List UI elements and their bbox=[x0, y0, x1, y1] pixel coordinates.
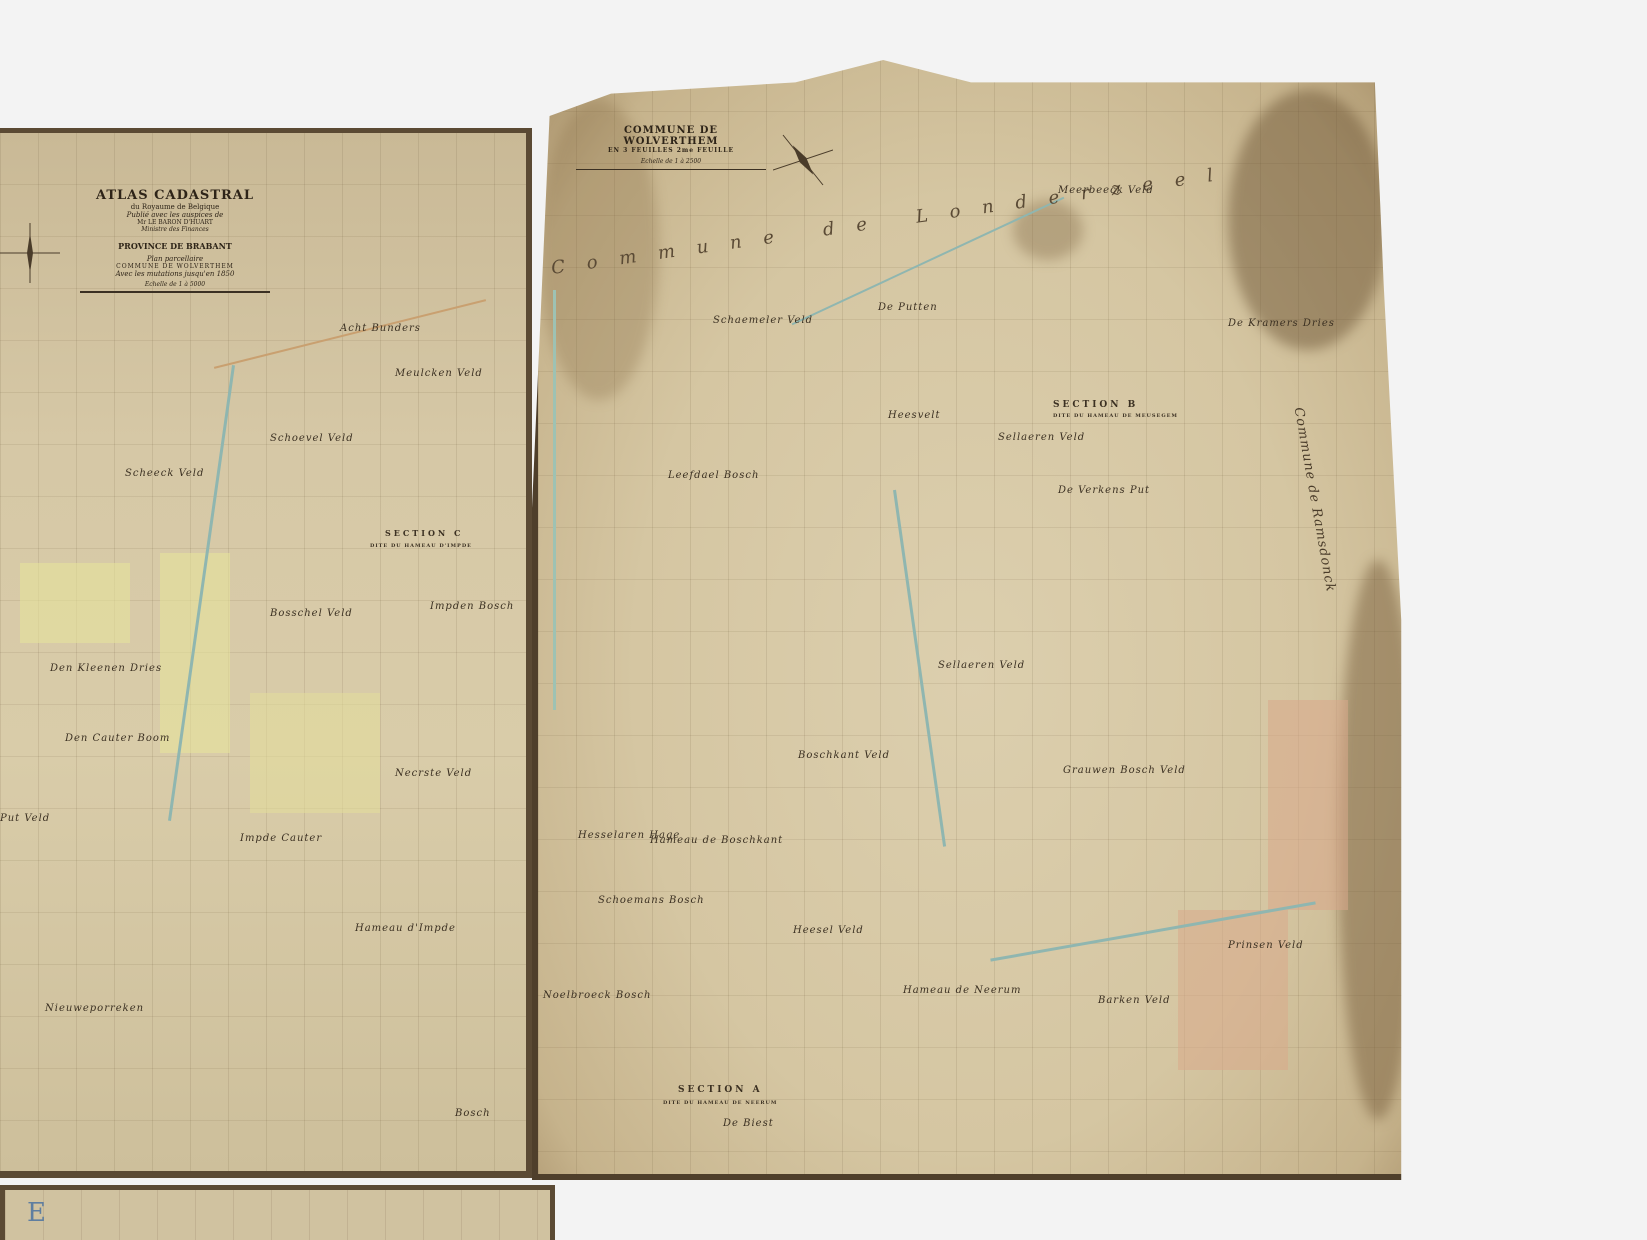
place-name: Bosschel Veld bbox=[270, 608, 353, 619]
mutations-note: Avec les mutations jusqu'en 1850 bbox=[80, 270, 270, 278]
border-text-right: Commune de Ramsdonck bbox=[1291, 406, 1338, 593]
scale-bar bbox=[576, 169, 766, 170]
place-name: Schoemans Bosch bbox=[598, 895, 705, 906]
author-role: Ministre des Finances bbox=[80, 226, 270, 233]
place-name: Put Veld bbox=[0, 813, 50, 824]
commune-title: COMMUNE DE WOLVERTHEM bbox=[576, 125, 766, 147]
place-name: Den Kleenen Dries bbox=[50, 663, 162, 674]
commune: COMMUNE DE WOLVERTHEM bbox=[80, 263, 270, 270]
place-name: Prinsen Veld bbox=[1228, 940, 1304, 951]
sheet-subtitle: EN 3 FEUILLES 2me FEUILLE bbox=[576, 147, 766, 154]
place-name: Scheeck Veld bbox=[125, 468, 204, 479]
place-name: Leefdael Bosch bbox=[668, 470, 759, 481]
place-name: De Verkens Put bbox=[1058, 485, 1150, 496]
bottom-map-sheet: E bbox=[0, 1185, 555, 1240]
place-name: Grauwen Bosch Veld bbox=[1063, 765, 1186, 776]
place-name: Noelbroeck Bosch bbox=[543, 990, 651, 1001]
place-name: Hameau de Neerum bbox=[903, 985, 1021, 996]
province: PROVINCE DE BRABANT bbox=[80, 241, 270, 251]
water-stain bbox=[1228, 90, 1388, 350]
place-name: Hameau d'Impde bbox=[355, 923, 456, 934]
place-name: De Kramers Dries bbox=[1228, 318, 1335, 329]
section-label: SECTION A bbox=[678, 1085, 763, 1095]
place-name: Heesel Veld bbox=[793, 925, 864, 936]
author: Mr LE BARON D'HUART bbox=[80, 219, 270, 226]
place-name: Impden Bosch bbox=[430, 601, 514, 612]
place-name: Schoevel Veld bbox=[270, 433, 354, 444]
scale-bar bbox=[80, 291, 270, 293]
section-subtitle: DITE DU HAMEAU DE NEERUM bbox=[663, 1100, 777, 1106]
parcel-grid bbox=[5, 1190, 550, 1240]
place-name: Necrste Veld bbox=[395, 768, 472, 779]
yellow-field bbox=[160, 553, 230, 753]
place-name: De Putten bbox=[878, 302, 938, 313]
place-name: Impde Cauter bbox=[240, 833, 322, 844]
place-name: Meulcken Veld bbox=[395, 368, 483, 379]
yellow-field bbox=[250, 693, 380, 813]
place-name: Sellaeren Veld bbox=[938, 660, 1025, 671]
place-name: Nieuweporreken bbox=[45, 1003, 144, 1014]
compass-rose-icon bbox=[0, 223, 60, 283]
right-map-sheet: COMMUNE DE WOLVERTHEM EN 3 FEUILLES 2me … bbox=[532, 60, 1410, 1180]
place-name: Meerbeeck Veld bbox=[1058, 185, 1154, 196]
section-letter: E bbox=[27, 1198, 47, 1228]
compass-rose-icon bbox=[773, 130, 833, 190]
plan-type: Plan parcellaire bbox=[80, 255, 270, 263]
scale: Echelle de 1 à 2500 bbox=[576, 158, 766, 165]
place-name: Hesselaren Hage bbox=[578, 830, 680, 841]
place-name: Sellaeren Veld bbox=[998, 432, 1085, 443]
place-name: De Biest bbox=[723, 1118, 774, 1129]
stream-line bbox=[553, 290, 556, 710]
pink-field bbox=[1178, 910, 1288, 1070]
place-name: Boschkant Veld bbox=[798, 750, 890, 761]
section-label: SECTION C bbox=[385, 528, 463, 538]
section-subtitle: DITE DU HAMEAU D'IMPDE bbox=[370, 543, 472, 549]
place-name: Schaemeler Veld bbox=[713, 315, 813, 326]
pink-field bbox=[1268, 700, 1348, 910]
scale: Echelle de 1 à 5000 bbox=[80, 281, 270, 288]
section-subtitle: DITE DU HAMEAU DE MEUSEGEM bbox=[1053, 413, 1178, 419]
commune-title-block: COMMUNE DE WOLVERTHEM EN 3 FEUILLES 2me … bbox=[576, 125, 766, 170]
place-name: Barken Veld bbox=[1098, 995, 1171, 1006]
atlas-title: ATLAS CADASTRAL bbox=[80, 188, 270, 203]
place-name: Den Cauter Boom bbox=[65, 733, 170, 744]
left-map-sheet: ATLAS CADASTRAL du Royaume de Belgique P… bbox=[0, 128, 532, 1178]
place-name: Heesvelt bbox=[888, 410, 940, 421]
road-line bbox=[214, 299, 486, 369]
atlas-subtitle: du Royaume de Belgique bbox=[80, 203, 270, 211]
section-label: SECTION B bbox=[1053, 400, 1138, 410]
water-stain bbox=[1338, 560, 1418, 1120]
publisher-line: Publié avec les auspices de bbox=[80, 211, 270, 219]
place-name: Acht Bunders bbox=[340, 323, 421, 334]
place-name: Bosch bbox=[455, 1108, 491, 1119]
yellow-field bbox=[20, 563, 130, 643]
atlas-title-block: ATLAS CADASTRAL du Royaume de Belgique P… bbox=[80, 188, 270, 293]
